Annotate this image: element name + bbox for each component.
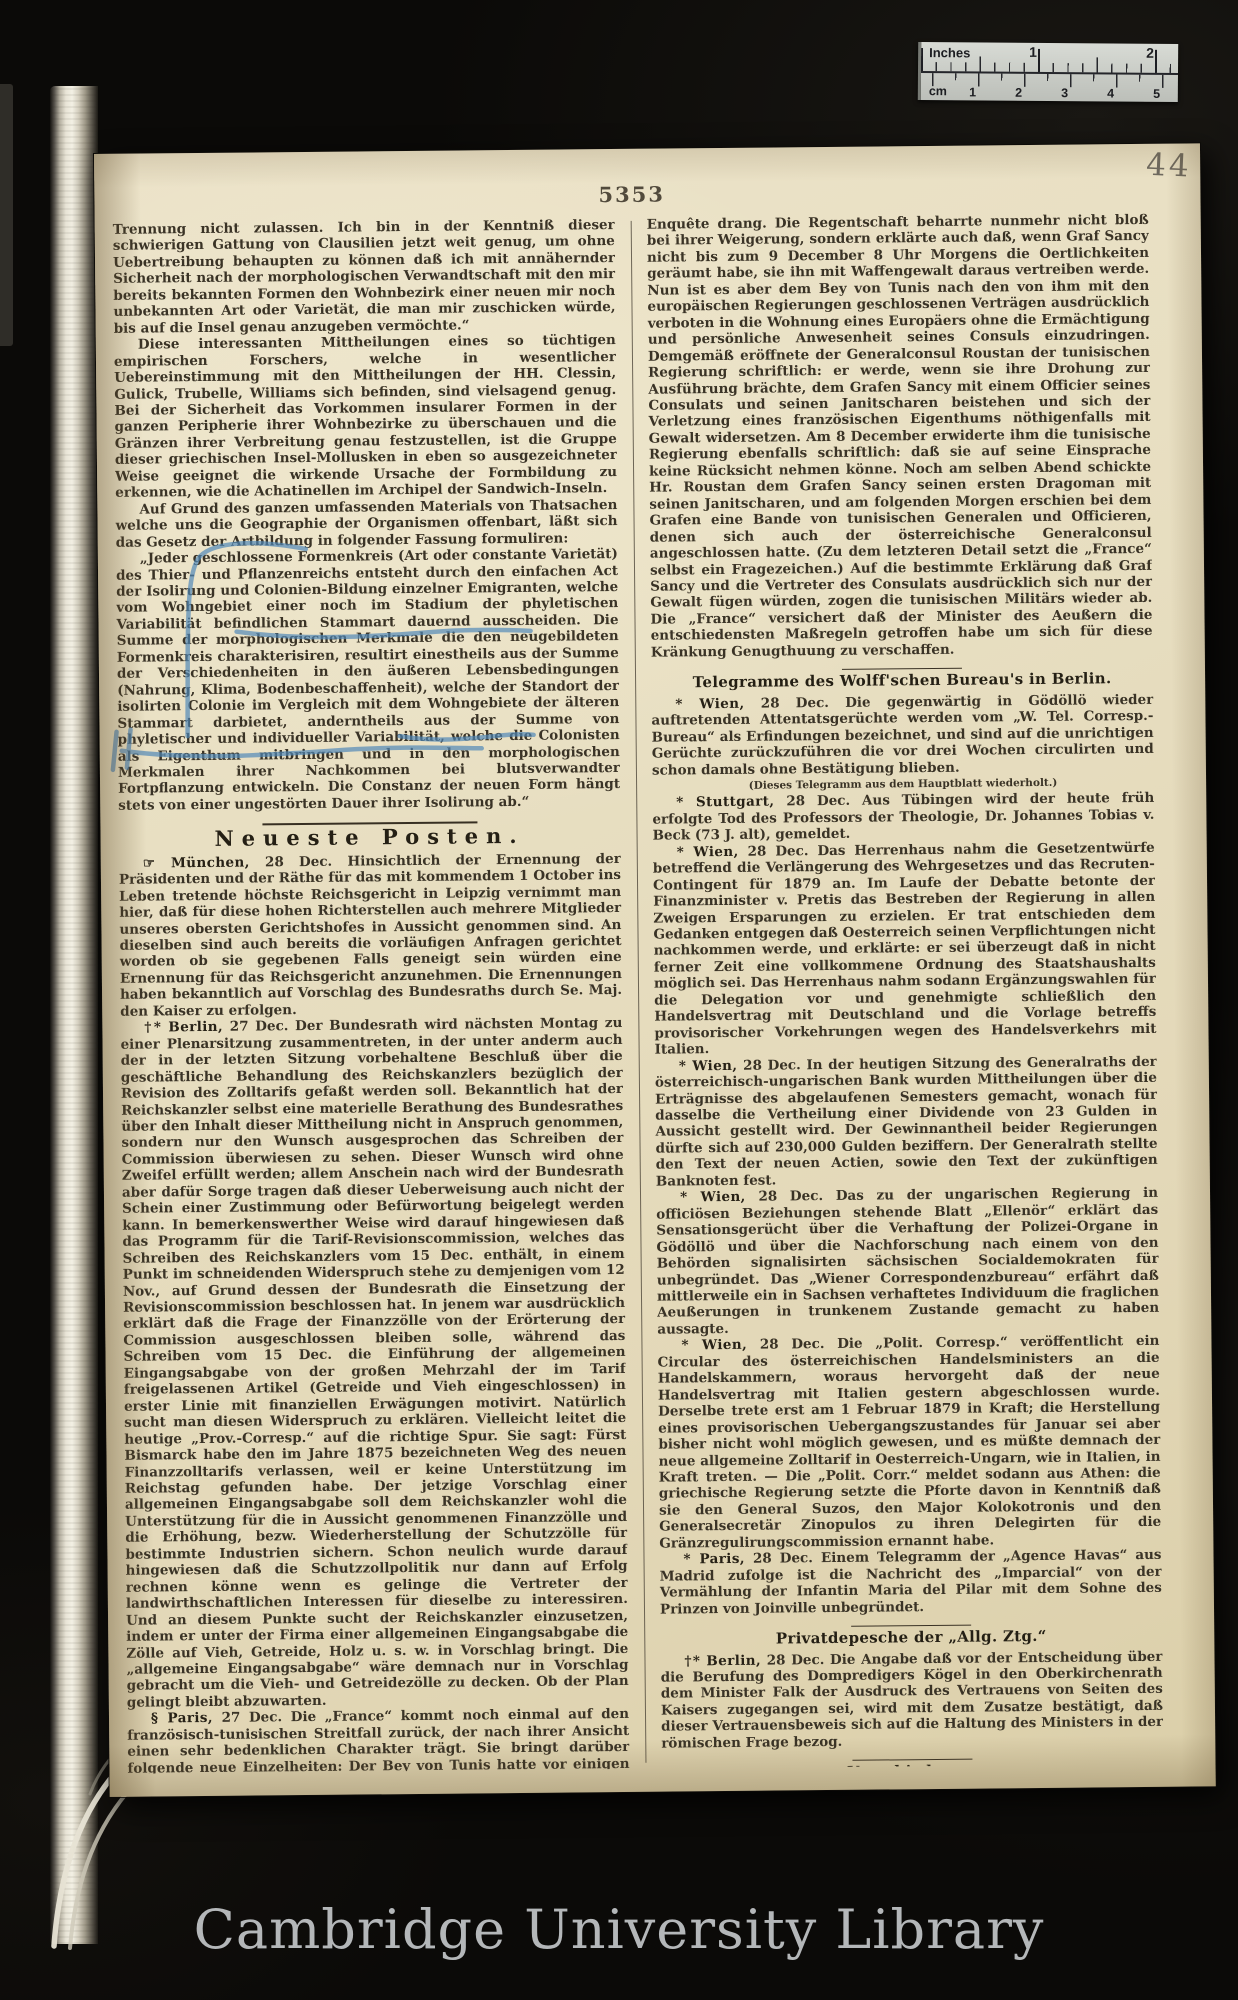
- wien-herrenhaus-dispatch: * Wien, 28 Dec. Das Herrenhaus nahm die …: [653, 840, 1157, 1059]
- forscher-paragraph: Diese interessanten Mittheilungen eines …: [114, 332, 618, 501]
- muenchen-dispatch: ☞ München, 28 Dec. Hinsichtlich der Erne…: [119, 851, 623, 1020]
- clausilien-paragraph: Trennung nicht zulassen. Ich bin in der …: [113, 217, 616, 337]
- dateline: § Paris,: [151, 1710, 213, 1727]
- formenkreis-quote-paragraph: „Jeder geschlossene Formenkreis (Art ode…: [116, 546, 621, 814]
- privatdepesche-heading: Privatdepesche der „Allg. Ztg.“: [660, 1627, 1162, 1648]
- left-text-column: Trennung nicht zulassen. Ich bin in der …: [113, 217, 630, 1774]
- book-page-block-edge: [50, 86, 98, 1944]
- wien-polit-corresp-dispatch: * Wien, 28 Dec. Die „Polit. Corresp.“ ve…: [657, 1333, 1161, 1552]
- ruler-cm-number: 3: [1061, 86, 1068, 100]
- ruler-inch-number: 1: [1029, 44, 1037, 60]
- column-divider-rule: [631, 221, 647, 1763]
- ruler-cm-label: cm: [929, 84, 947, 98]
- dateline: †* Berlin,: [144, 1019, 223, 1036]
- section-rule: [852, 1759, 972, 1761]
- ruler-cm-number: 1: [969, 85, 976, 99]
- section-rule: [842, 668, 962, 670]
- ruler-cm-number: 4: [1107, 86, 1114, 100]
- dateline: ☞ München,: [143, 854, 250, 871]
- dateline: * Stuttgart,: [676, 794, 774, 811]
- folio-number: 44: [1145, 147, 1192, 185]
- dateline: †* Berlin,: [684, 1652, 761, 1669]
- book-cover-edge: [0, 84, 13, 346]
- gesetz-paragraph: Auf Grund des ganzen umfassenden Materia…: [115, 497, 617, 551]
- library-watermark: Cambridge University Library: [0, 1898, 1238, 1961]
- wien-bank-dispatch: * Wien, 28 Dec. In der heutigen Sitzung …: [655, 1053, 1158, 1189]
- blue-tick-1: [113, 732, 117, 770]
- ruler-inch-band: Inches 1 2: [921, 42, 1178, 73]
- photographed-book-scene: Inches 1 2 cm 1 2 3 4 5 44 5353 Trennung…: [0, 0, 1238, 2000]
- dateline: * Wien,: [679, 1058, 738, 1075]
- telegramme-heading: Telegramme des Wolff'schen Bureau's in B…: [651, 670, 1153, 691]
- verschiedenes-heading: Verschiedenes.: [661, 1761, 1163, 1769]
- paris-havas-dispatch: * Paris, 28 Dec. Einem Telegramm der „Ag…: [659, 1547, 1162, 1618]
- dateline: * Paris,: [683, 1551, 745, 1568]
- tunis-continuation-paragraph: Enquête drang. Die Regentschaft beharrte…: [647, 212, 1153, 661]
- dateline: * Wien,: [675, 695, 744, 712]
- ruler-inch-number: 2: [1146, 45, 1154, 61]
- wien-attentat-dispatch: * Wien, 28 Dec. Die gegenwärtig in Gödöl…: [651, 692, 1154, 779]
- berlin-dispatch: †* Berlin, 27 Dec. Der Bundesrath wird n…: [120, 1015, 629, 1711]
- wien-ellenoer-dispatch: * Wien, 28 Dec. Das zu der ungarischen R…: [656, 1185, 1159, 1338]
- neueste-posten-heading: Neueste Posten.: [119, 827, 621, 848]
- measurement-ruler: Inches 1 2 cm 1 2 3 4 5: [918, 42, 1178, 102]
- dateline: * Wien,: [680, 1189, 746, 1206]
- page-number-stamp: 5353: [598, 182, 665, 208]
- stuttgart-dispatch: * Stuttgart, 28 Dec. Aus Tübingen wird d…: [652, 790, 1154, 844]
- dateline: * Wien,: [677, 844, 739, 861]
- berlin-koegel-dispatch: †* Berlin, 28 Dec. Die Angabe daß vor de…: [660, 1648, 1163, 1752]
- right-text-column: Enquête drang. Die Regentschaft beharrte…: [647, 212, 1164, 1769]
- ruler-cm-band: cm 1 2 3 4 5: [921, 73, 1178, 102]
- ruler-inches-label: Inches: [929, 45, 970, 60]
- paris-dispatch: § Paris, 27 Dec. Die „France“ kommt noch…: [127, 1706, 630, 1773]
- section-rule: [851, 1625, 971, 1627]
- ruler-cm-number: 2: [1015, 86, 1022, 100]
- dateline: * Wien,: [681, 1337, 747, 1354]
- ruler-cm-number: 5: [1153, 87, 1160, 101]
- document-page: 44 5353 Trennung nicht zulassen. Ich bin…: [94, 143, 1216, 1797]
